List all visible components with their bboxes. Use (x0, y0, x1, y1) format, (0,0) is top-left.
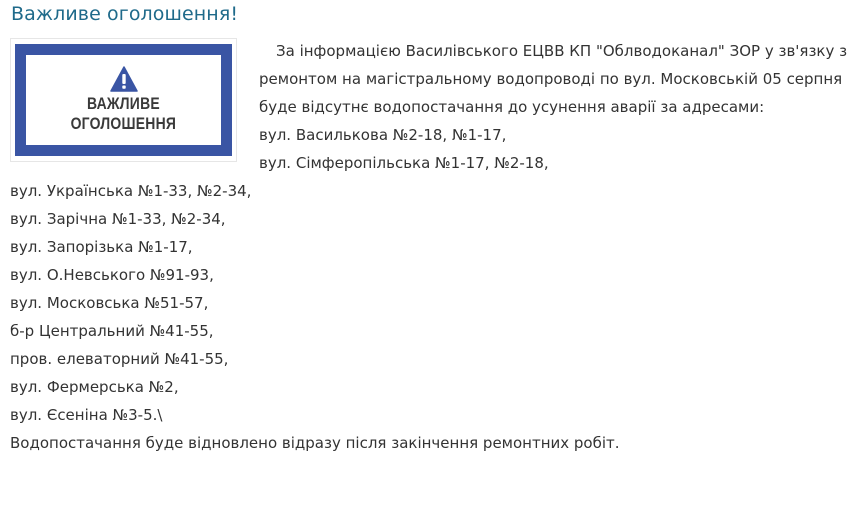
address-item: вул. Єсеніна №3-5.\ (10, 401, 840, 429)
address-item: вул. Зарічна №1-33, №2-34, (10, 205, 840, 233)
closing-text: Водопостачання буде відновлено відразу п… (10, 429, 840, 457)
warning-triangle-icon (110, 66, 138, 92)
article-body: ВАЖЛИВЕ ОГОЛОШЕННЯ За інформацією Василі… (10, 37, 840, 457)
announcement-sign: ВАЖЛИВЕ ОГОЛОШЕННЯ (15, 44, 232, 156)
address-item: вул. Московська №51-57, (10, 289, 840, 317)
address-item: вул. Українська №1-33, №2-34, (10, 177, 840, 205)
address-item: вул. О.Невського №91-93, (10, 261, 840, 289)
address-item: вул. Фермерська №2, (10, 373, 840, 401)
address-item: пров. елеваторний №41-55, (10, 345, 840, 373)
sign-text-line-1: ВАЖЛИВЕ (87, 94, 160, 114)
address-item: вул. Запорізька №1-17, (10, 233, 840, 261)
page-title: Важливе оголошення! (11, 3, 238, 25)
sign-text-line-2: ОГОЛОШЕННЯ (71, 114, 177, 134)
address-item: б-р Центральний №41-55, (10, 317, 840, 345)
announcement-image: ВАЖЛИВЕ ОГОЛОШЕННЯ (10, 38, 237, 162)
